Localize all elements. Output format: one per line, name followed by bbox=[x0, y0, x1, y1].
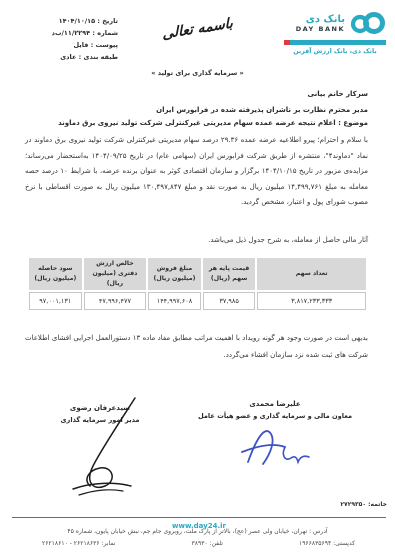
cell-net-book-value: ۴۷,۹۹۶,۴۷۷ bbox=[84, 292, 147, 310]
financial-table: تعداد سهم قیمت پایه هر سهم (ریال) مبلغ ف… bbox=[27, 256, 368, 312]
meta-classification: طبقه بندی : عادی bbox=[14, 51, 118, 63]
logo-tagline: بانک دی، بانک ارزش آفرین bbox=[284, 48, 386, 55]
logo-top-row: بانک دی DAY BANK bbox=[284, 11, 386, 37]
logo-names: بانک دی DAY BANK bbox=[296, 15, 345, 33]
bank-name-en: DAY BANK bbox=[296, 25, 345, 33]
footer-address: آدرس : تهران، خیابان ولی عصر (عج)، بالات… bbox=[0, 528, 395, 535]
col-sale-amount: مبلغ فروش (میلیون ریال) bbox=[148, 258, 201, 290]
letter-body: با سلام و احترام؛ پیرو اطلاعیه عرضه عمده… bbox=[25, 133, 368, 211]
bismillah-text: باسمه تعالی bbox=[162, 15, 233, 42]
fax: نمابر: ۲۶۲۱۸۶۳۶ - ۲۶۲۱۸۶۱۰ bbox=[42, 540, 115, 547]
logo-bar bbox=[284, 40, 386, 45]
recipient-name: سرکار خانم بیانی bbox=[25, 86, 368, 102]
closing-value: ۲۷۲۹۳۵۰ bbox=[340, 501, 366, 508]
signer-name-right: علیرضا محمدی bbox=[185, 400, 365, 408]
classification-label: طبقه بندی : bbox=[79, 53, 118, 61]
phone-value: ۳۸۹۳۰ bbox=[192, 540, 208, 547]
table-row: ۳,۸۱۷,۲۳۳,۳۳۳ ۳۷,۹۸۵ ۱۴۴,۹۹۷,۶۰۸ ۴۷,۹۹۶,… bbox=[29, 292, 366, 310]
signer-name-left: سیدعرفان رضوی bbox=[25, 404, 175, 412]
fax-value: ۲۶۲۱۸۶۳۶ - ۲۶۲۱۸۶۱۰ bbox=[42, 540, 100, 547]
closing-reference: خاتمه: ۲۷۲۹۳۵۰ bbox=[340, 501, 387, 508]
cell-base-price: ۳۷,۹۸۵ bbox=[203, 292, 256, 310]
slogan: « سرمایه گذاری برای تولید » bbox=[0, 69, 395, 77]
col-share-count: تعداد سهم bbox=[257, 258, 366, 290]
day-bank-logo: بانک دی DAY BANK بانک دی، بانک ارزش آفری… bbox=[284, 11, 386, 55]
postal-value: ۱۹۶۶۸۳۵۶۹۴ bbox=[299, 540, 331, 547]
classification-value: عادی bbox=[60, 53, 76, 61]
signature-block-left: سیدعرفان رضوی مدیر امور سرمایه گذاری bbox=[25, 404, 175, 424]
disclosure-note: بدیهی است در صورت وجود هر گونه رویداد با… bbox=[25, 330, 368, 364]
col-base-price: قیمت پایه هر سهم (ریال) bbox=[203, 258, 256, 290]
recipient-title: مدیر محترم نظارت بر ناشران پذیرفته شده د… bbox=[25, 102, 368, 118]
phone-label: تلفن: bbox=[210, 540, 223, 547]
logo-bar-teal bbox=[290, 40, 386, 45]
closing-label: خاتمه: bbox=[368, 501, 387, 508]
postal-code: کدپستی: ۱۹۶۶۸۳۵۶۹۴ bbox=[299, 540, 355, 547]
signer-title-right: معاون مالی و سرمایه گذاری و عضو هیأت عام… bbox=[185, 412, 365, 420]
recipient-block: سرکار خانم بیانی مدیر محترم نظارت بر ناش… bbox=[25, 86, 368, 118]
letter-page: تاریخ : ۱۴۰۴/۱۰/۱۵ شماره : ۱۱/۲۲۹۴/ب‌د پ… bbox=[0, 0, 395, 557]
table-header-row: تعداد سهم قیمت پایه هر سهم (ریال) مبلغ ف… bbox=[29, 258, 366, 290]
cell-profit: ۹۷,۰۰۱,۱۳۱ bbox=[29, 292, 82, 310]
signer-title-left: مدیر امور سرمایه گذاری bbox=[25, 416, 175, 424]
signature-ink-right-icon bbox=[230, 422, 320, 470]
cell-share-count: ۳,۸۱۷,۲۳۳,۳۳۳ bbox=[257, 292, 366, 310]
footer-rule: www.day24.ir bbox=[12, 517, 386, 518]
col-profit: سود حاصله (میلیون ریال) bbox=[29, 258, 82, 290]
meta-attachment: پیوست : فایل bbox=[14, 39, 118, 51]
cell-sale-amount: ۱۴۴,۹۹۷,۶۰۸ bbox=[148, 292, 201, 310]
attachment-label: پیوست : bbox=[91, 41, 118, 49]
bank-name-fa: بانک دی bbox=[296, 15, 345, 25]
postal-label: کدپستی: bbox=[333, 540, 355, 547]
signature-block-right: علیرضا محمدی معاون مالی و سرمایه گذاری و… bbox=[185, 400, 365, 470]
fax-label: نمابر: bbox=[101, 540, 115, 547]
col-net-book-value: خالص ارزش دفتری (میلیون ریال) bbox=[84, 258, 147, 290]
infinity-logo-icon bbox=[348, 11, 386, 37]
subject-line: موضوع : اعلام نتیجه عرضه عمده سهام مدیری… bbox=[25, 119, 368, 127]
phone: تلفن: ۳۸۹۳۰ bbox=[192, 540, 223, 547]
attachment-value: فایل bbox=[73, 41, 88, 49]
footer-contacts: کدپستی: ۱۹۶۶۸۳۵۶۹۴ تلفن: ۳۸۹۳۰ نمابر: ۲۶… bbox=[42, 540, 355, 547]
table-intro: آثار مالی حاصل از معامله، به شرح جدول ذی… bbox=[208, 236, 368, 244]
